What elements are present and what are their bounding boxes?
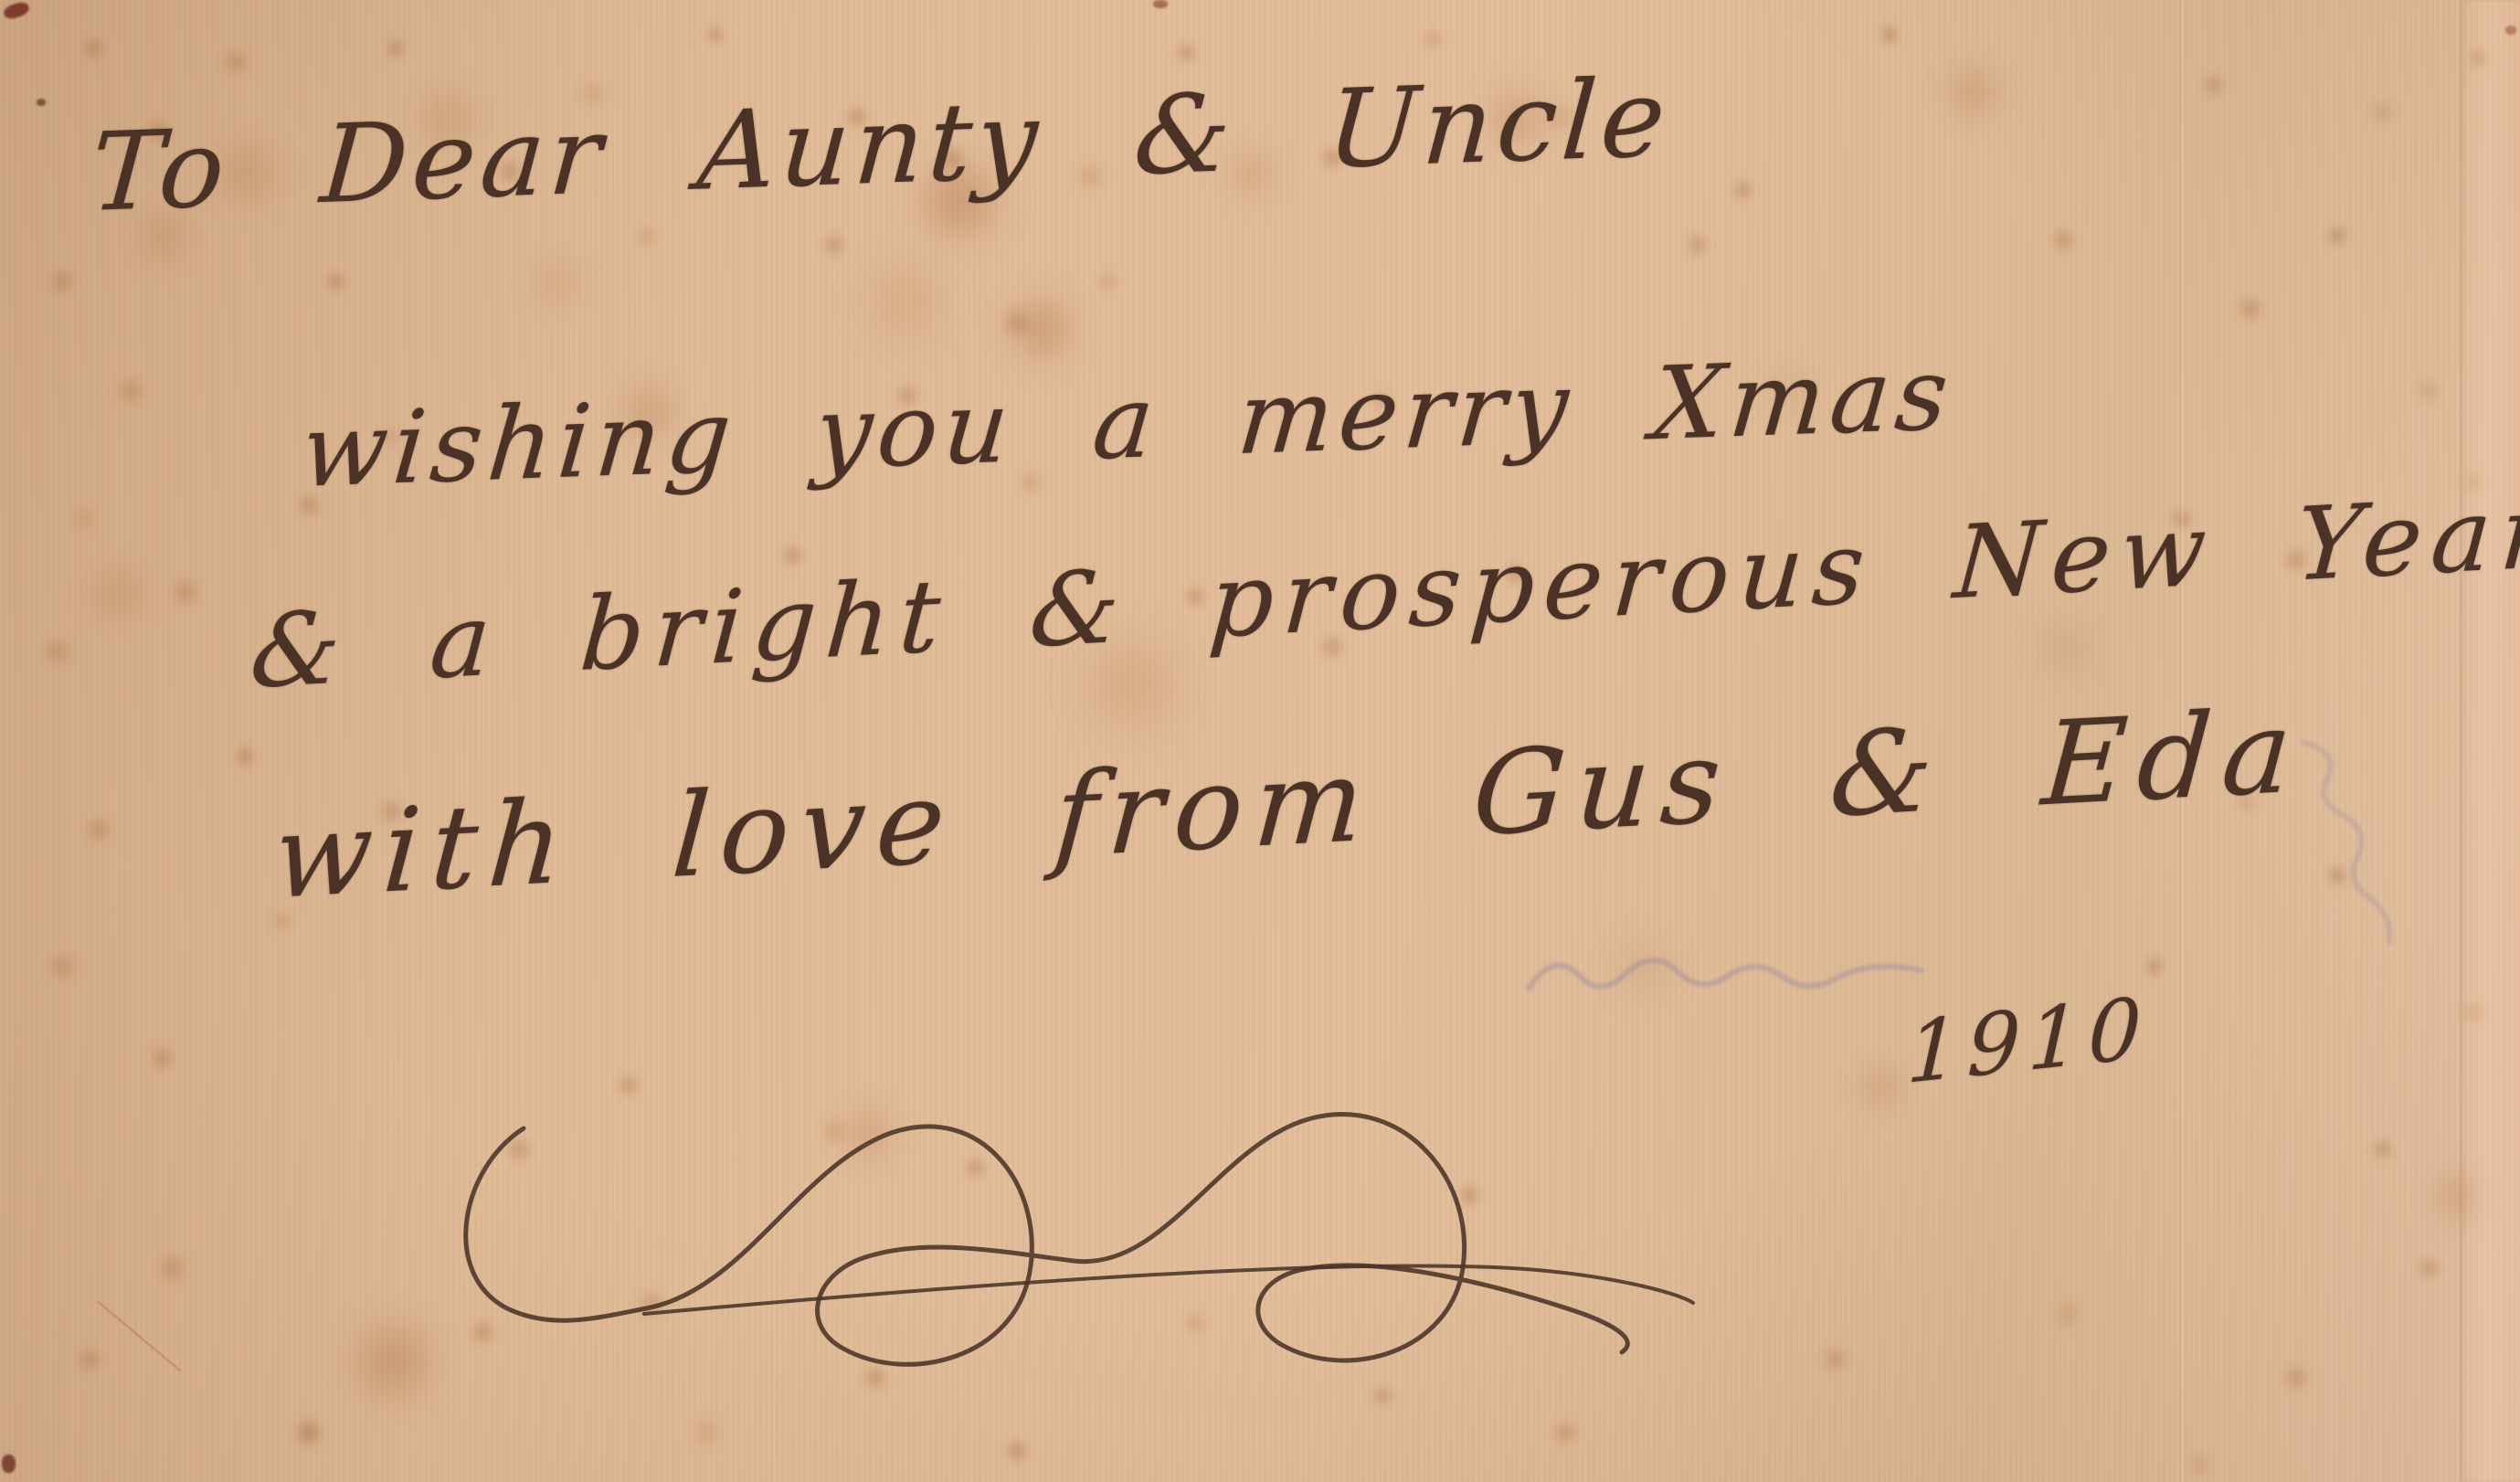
inscription-line-new-year: & a bright & prosperous New Year (247, 472, 2520, 711)
pencil-annotation (1512, 914, 1942, 1032)
paper-scratch-mark (98, 1301, 182, 1371)
inscription-line-salutation: To Dear Aunty & Uncle (87, 54, 1674, 236)
pencil-annotation-right-edge (2256, 710, 2441, 970)
inscription-line-signature: with love from Gus & Eda (270, 683, 2306, 925)
inscription-line-wish: wishing you a merry Xmas (297, 334, 1958, 510)
edge-ink-speck (2, 1455, 16, 1473)
edge-ink-speck (1153, 0, 1168, 8)
inscription-year: 1910 (1905, 979, 2150, 1103)
paper-edge-band (2460, 0, 2520, 1482)
ink-flourish (416, 1078, 1713, 1389)
edge-ink-speck (2505, 26, 2516, 35)
aged-paper-scan: To Dear Aunty & Uncle wishing you a merr… (0, 0, 2520, 1482)
edge-ink-speck (37, 99, 46, 106)
